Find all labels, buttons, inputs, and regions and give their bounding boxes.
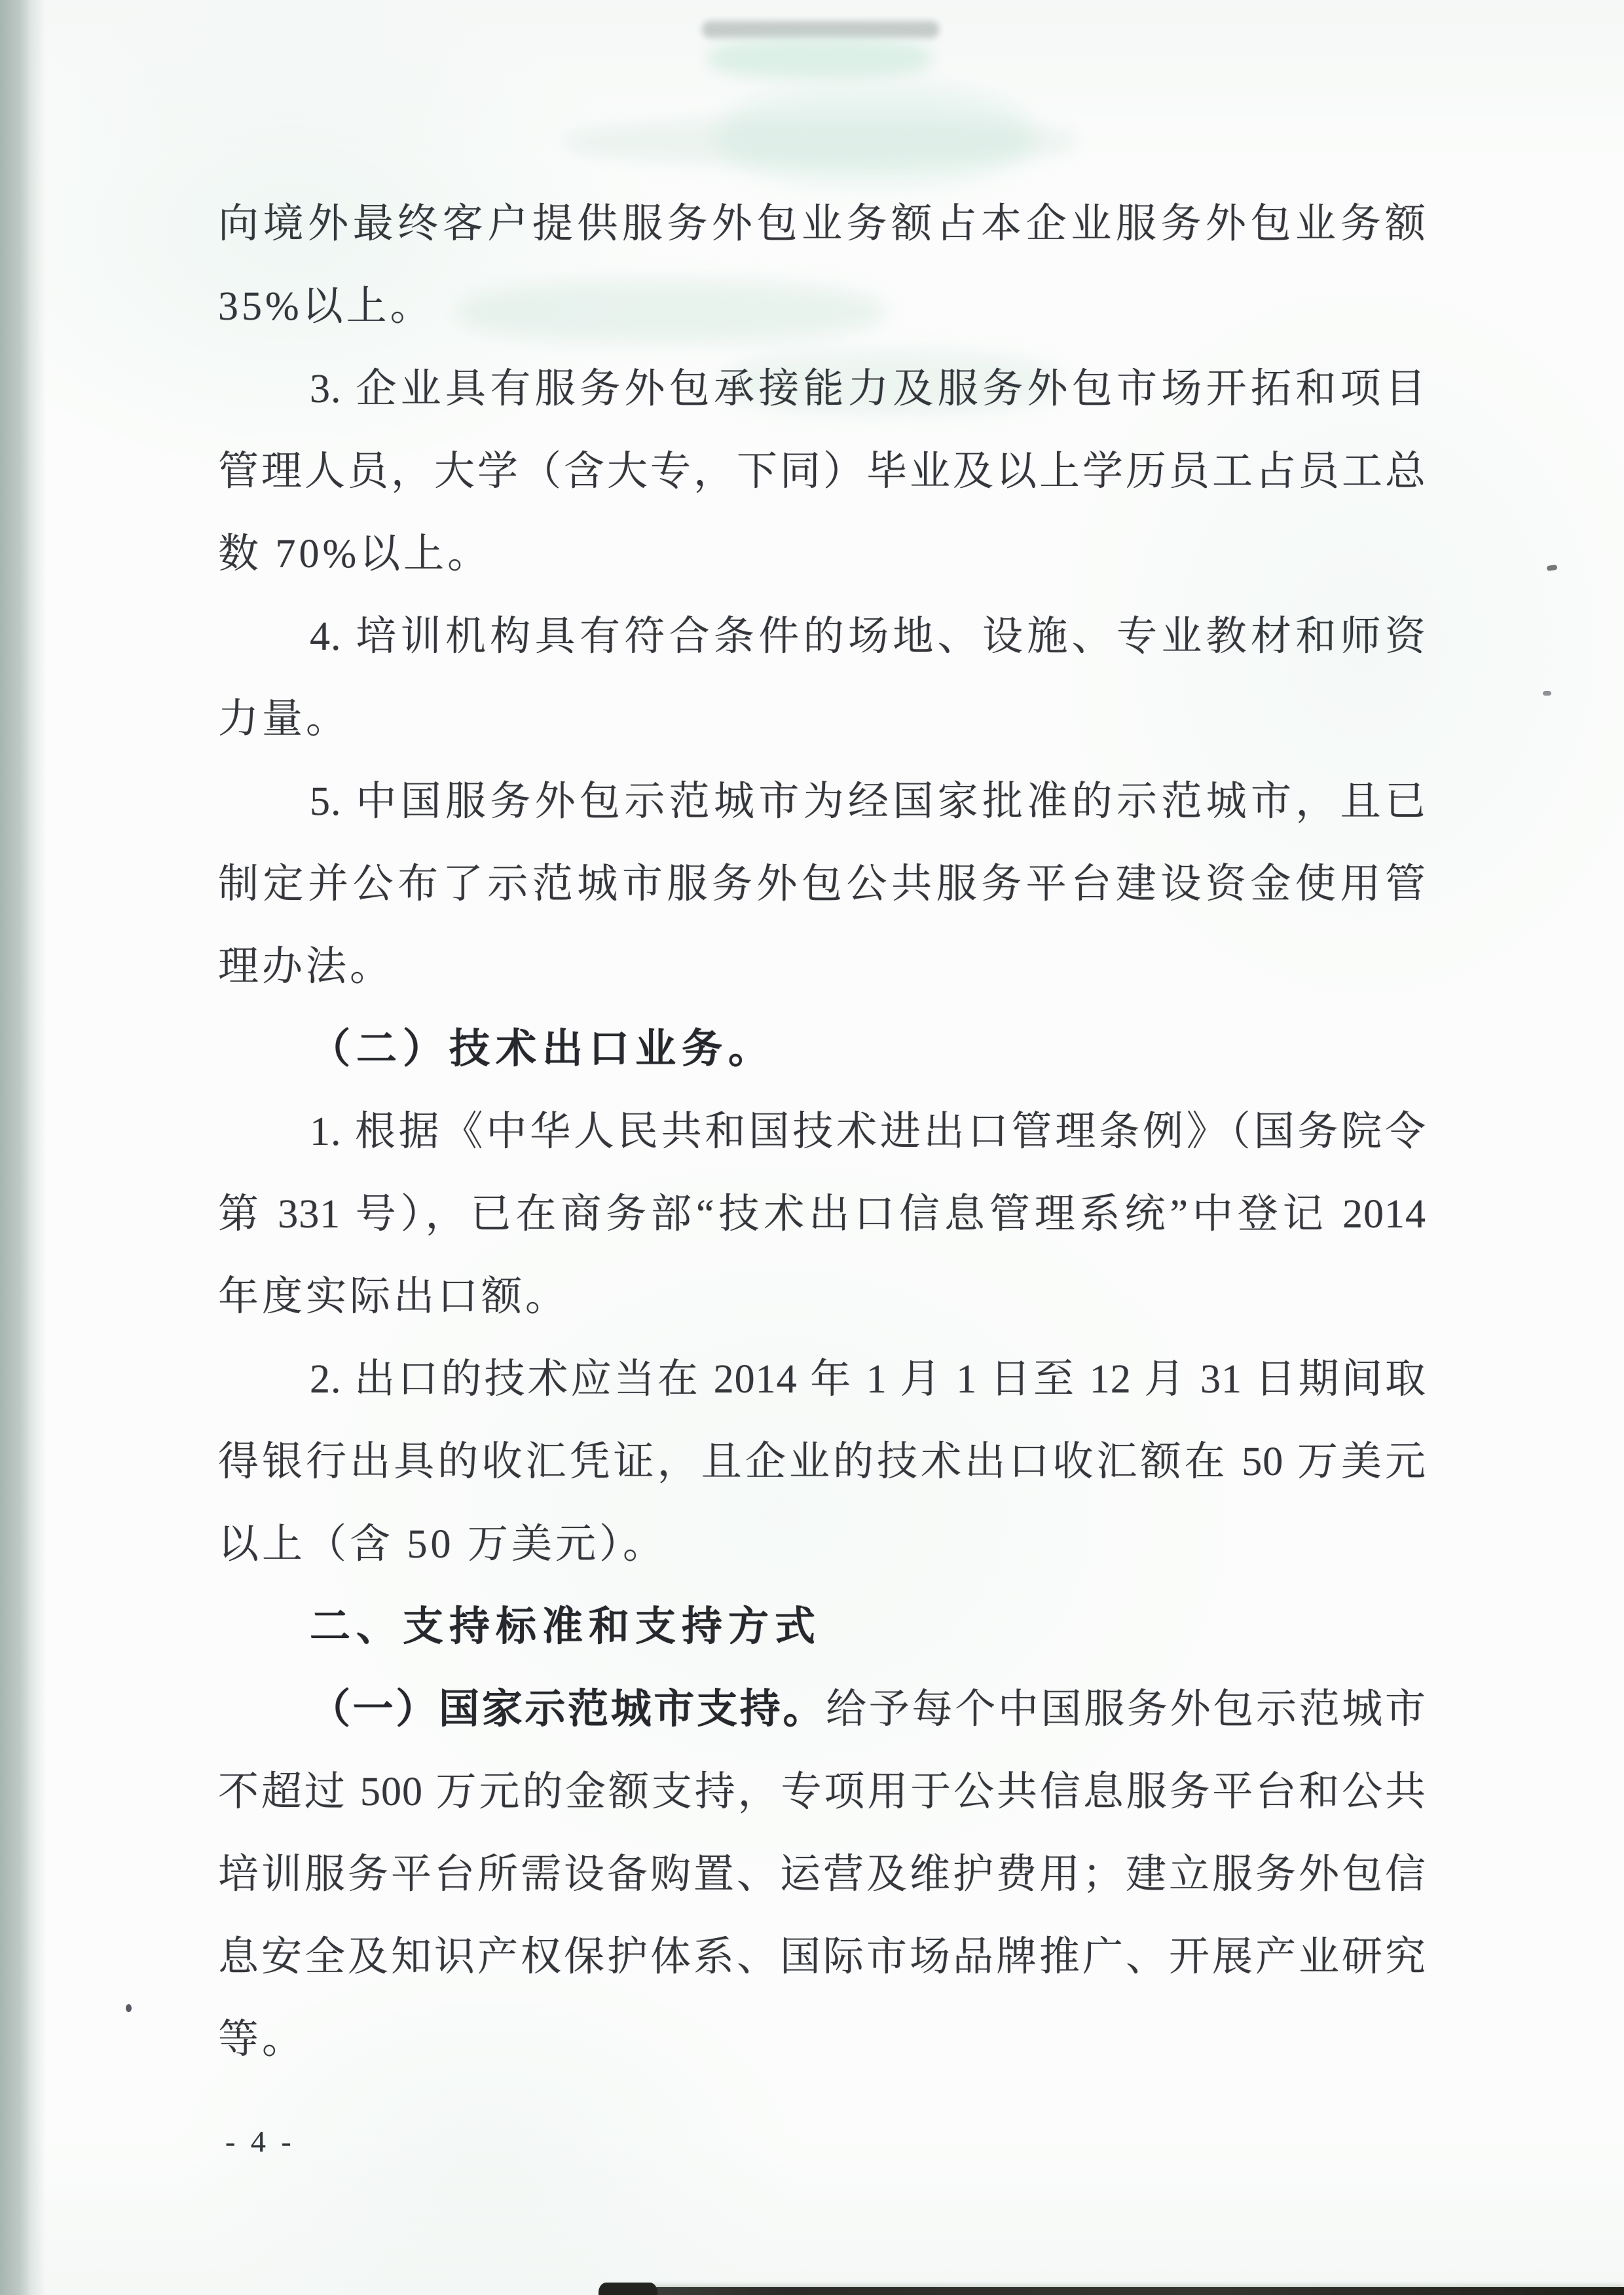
text-line: 得银行出具的收汇凭证，且企业的技术出口收汇额在 50 万美元 — [218, 1438, 1426, 1485]
text-line: 年度实际出口额。 — [218, 1273, 1426, 1320]
body-text: 给予每个中国服务外包示范城市 — [826, 1687, 1426, 1732]
text-line: 2. 出口的技术应当在 2014 年 1 月 1 日至 12 月 31 日期间取 — [218, 1356, 1426, 1403]
text-line: 1. 根据《中华人民共和国技术进出口管理条例》（国务院令 — [218, 1108, 1426, 1155]
text-line: 以上（含 50 万美元）。 — [218, 1521, 1426, 1568]
text-line: 35%以上。 — [218, 283, 1426, 330]
heading-bold-text: （一）国家示范城市支持。 — [310, 1687, 826, 1732]
text-line: 3. 企业具有服务外包承接能力及服务外包市场开拓和项目 — [218, 365, 1426, 413]
text-line: 息安全及知识产权保护体系、国际市场品牌推广、开展产业研究 — [218, 1933, 1426, 1981]
ink-speck — [126, 2004, 132, 2012]
text-line: 制定并公布了示范城市服务外包公共服务平台建设资金使用管 — [218, 861, 1426, 908]
document-text-block: 向境外最终客户提供服务外包业务额占本企业服务外包业务额35%以上。3. 企业具有… — [0, 0, 1624, 2295]
text-line: 向境外最终客户提供服务外包业务额占本企业服务外包业务额 — [218, 200, 1426, 248]
text-line: 5. 中国服务外包示范城市为经国家批准的示范城市，且已 — [218, 778, 1426, 825]
text-line: 4. 培训机构具有符合条件的场地、设施、专业教材和师资 — [218, 613, 1426, 660]
text-line: 力量。 — [218, 696, 1426, 743]
text-line: 第 331 号），已在商务部“技术出口信息管理系统”中登记 2014 — [218, 1191, 1426, 1238]
scan-bottom-shadow — [601, 2287, 1624, 2295]
text-line: 培训服务平台所需设备购置、运营及维护费用；建立服务外包信 — [218, 1851, 1426, 1898]
text-line: 等。 — [218, 2016, 1426, 2063]
ink-speck — [1543, 691, 1551, 696]
text-line: 不超过 500 万元的金额支持，专项用于公共信息服务平台和公共 — [218, 1768, 1426, 1816]
text-line: 理办法。 — [218, 943, 1426, 990]
page-number: - 4 - — [225, 2125, 295, 2159]
text-line: 管理人员，大学（含大专，下同）毕业及以上学历员工占员工总 — [218, 448, 1426, 495]
text-line: 数 70%以上。 — [218, 531, 1426, 578]
scanned-document-page: 向境外最终客户提供服务外包业务额占本企业服务外包业务额35%以上。3. 企业具有… — [0, 0, 1624, 2295]
text-line: （一）国家示范城市支持。给予每个中国服务外包示范城市 — [218, 1686, 1426, 1733]
heading-line: 二、支持标准和支持方式 — [218, 1603, 1426, 1651]
heading-line: （二）技术出口业务。 — [218, 1026, 1426, 1073]
